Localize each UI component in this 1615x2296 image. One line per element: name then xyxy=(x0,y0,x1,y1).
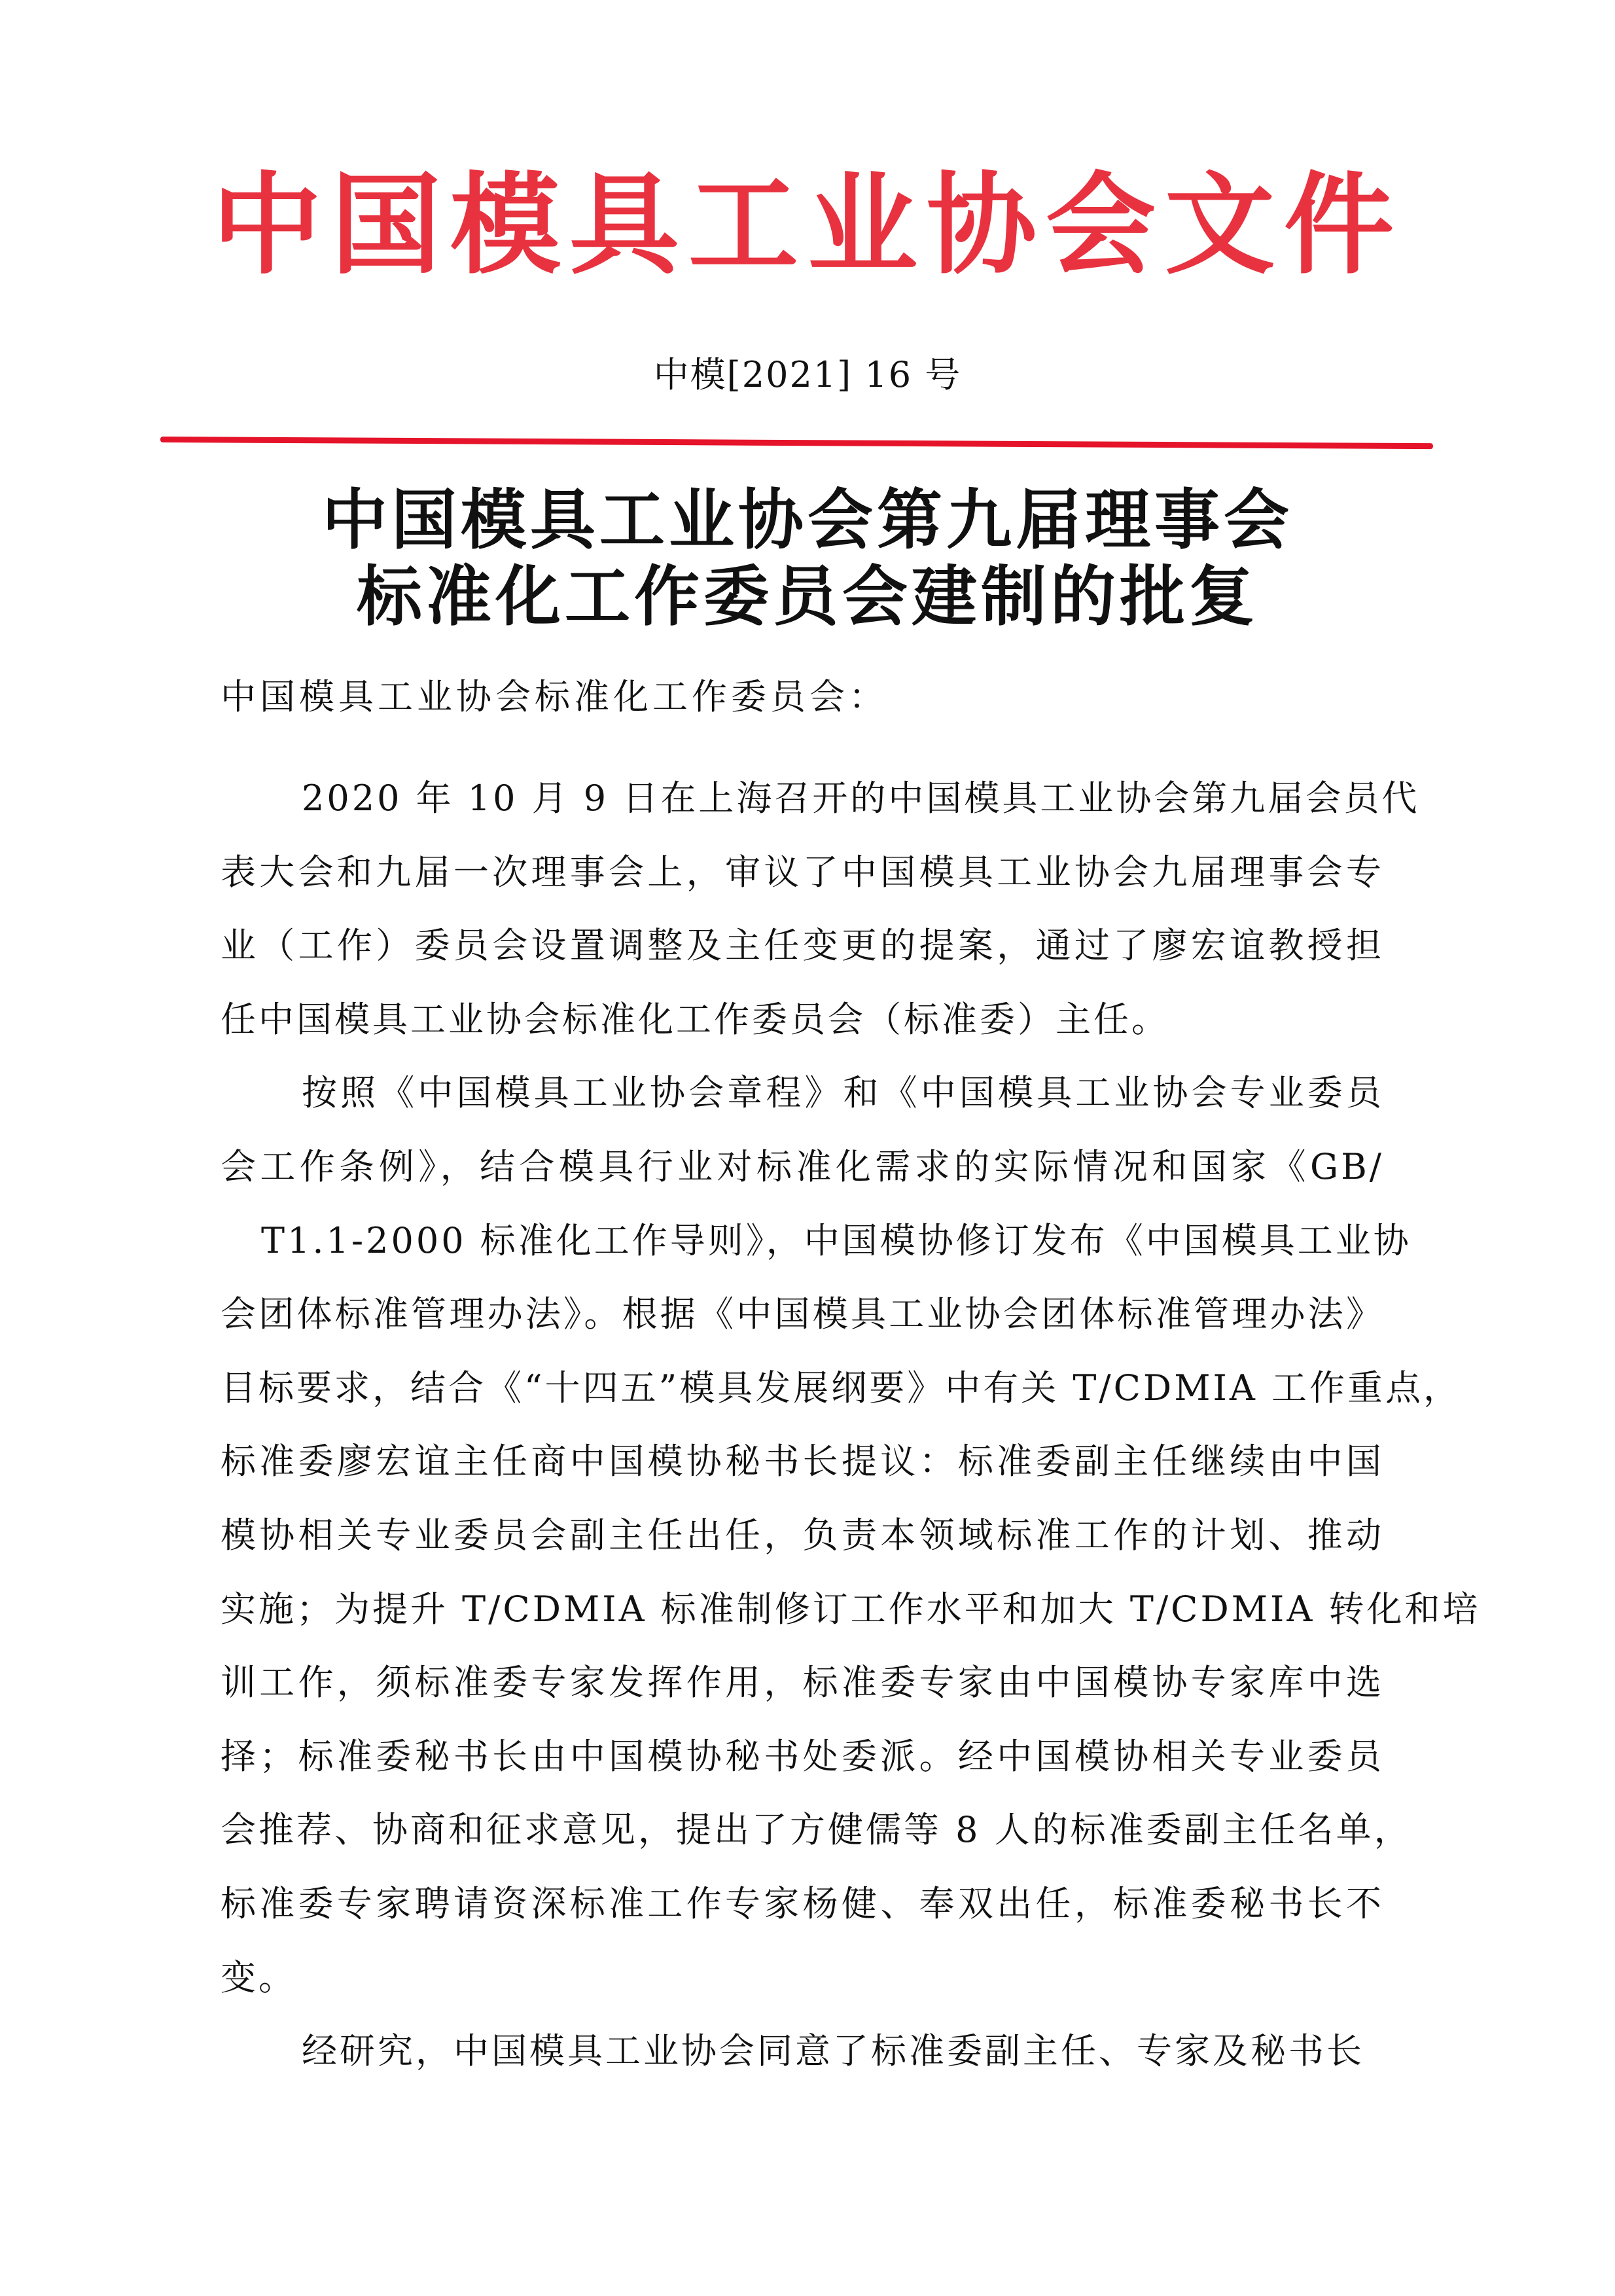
masthead-title: 中国模具工业协会文件 xyxy=(0,156,1615,293)
red-divider-rule xyxy=(160,437,1433,449)
body-line: 标准委专家聘请资深标准工作专家杨健、奉双出任，标准委秘书长不 xyxy=(221,1881,1384,1955)
body-line: 实施；为提升 T/CDMIA 标准制修订工作水平和加大 T/CDMIA 转化和培 xyxy=(221,1587,1384,1660)
body-line: 训工作，须标准委专家发挥作用，标准委专家由中国模协专家库中选 xyxy=(221,1660,1384,1734)
body-line: 目标要求，结合《“十四五”模具发展纲要》中有关 T/CDMIA 工作重点， xyxy=(221,1365,1384,1439)
salutation: 中国模具工业协会标准化工作委员会： xyxy=(221,674,888,720)
document-title-line-1: 中国模具工业协会第九届理事会 xyxy=(0,481,1615,560)
body-line: 任中国模具工业协会标准化工作委员会（标准委）主任。 xyxy=(221,997,1384,1071)
body-line: 2020 年 10 月 9 日在上海召开的中国模具工业协会第九届会员代 xyxy=(221,776,1384,850)
body-line: 经研究，中国模具工业协会同意了标准委副主任、专家及秘书长 xyxy=(221,2028,1384,2102)
body-line: 业（工作）委员会设置调整及主任变更的提案，通过了廖宏谊教授担 xyxy=(221,923,1384,997)
body-line: 表大会和九届一次理事会上，审议了中国模具工业协会九届理事会专 xyxy=(221,850,1384,924)
body-line: 按照《中国模具工业协会章程》和《中国模具工业协会专业委员 xyxy=(221,1070,1384,1144)
body-line: 变。 xyxy=(221,1955,1384,2029)
body-line: 会工作条例》，结合模具行业对标准化需求的实际情况和国家《GB/ xyxy=(221,1144,1384,1218)
document-number: 中模[2021] 16 号 xyxy=(0,352,1615,398)
document-body: 2020 年 10 月 9 日在上海召开的中国模具工业协会第九届会员代 表大会和… xyxy=(221,776,1384,2102)
body-line: 模协相关专业委员会副主任出任，负责本领域标准工作的计划、推动 xyxy=(221,1513,1384,1587)
document-title-line-2: 标准化工作委员会建制的批复 xyxy=(0,558,1615,636)
document-page: 中国模具工业协会文件 中模[2021] 16 号 中国模具工业协会第九届理事会 … xyxy=(0,0,1615,2296)
body-line: 标准委廖宏谊主任商中国模协秘书长提议：标准委副主任继续由中国 xyxy=(221,1439,1384,1513)
body-line: 择；标准委秘书长由中国模协秘书处委派。经中国模协相关专业委员 xyxy=(221,1734,1384,1808)
body-line: 会推荐、协商和征求意见，提出了方健儒等 8 人的标准委副主任名单， xyxy=(221,1807,1384,1881)
body-line: 会团体标准管理办法》。根据《中国模具工业协会团体标准管理办法》 xyxy=(221,1291,1384,1365)
body-line: T1.1-2000 标准化工作导则》，中国模协修订发布《中国模具工业协 xyxy=(221,1218,1384,1292)
